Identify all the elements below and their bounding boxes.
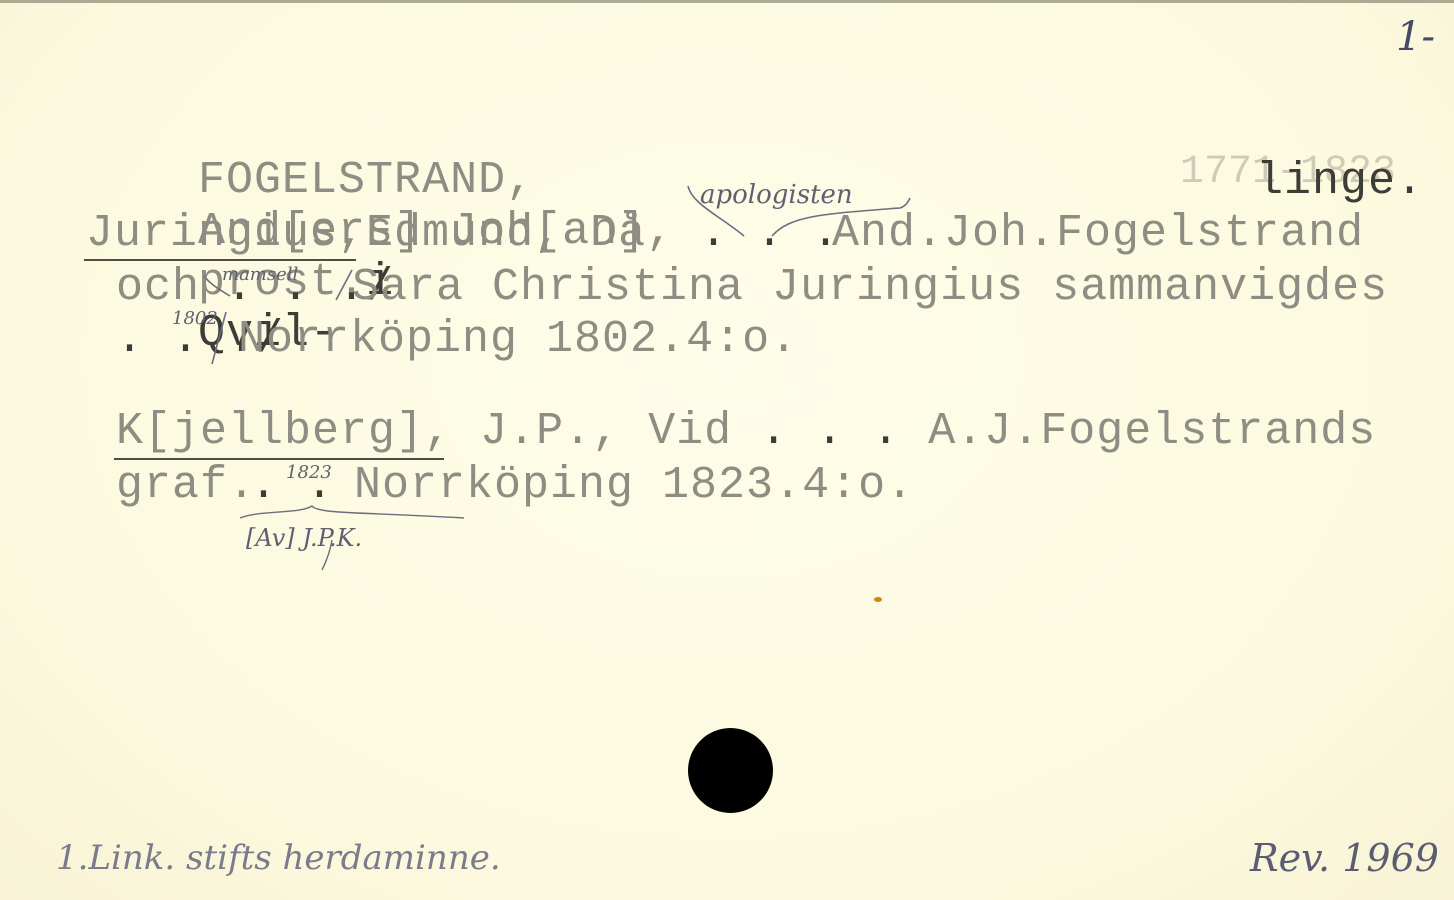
footer-note-source: 1.Link. stifts herdaminne. <box>56 838 501 878</box>
footer-revision-note: Rev. 1969 <box>1250 836 1439 880</box>
catalog-card: 1- FOGELSTRAND, And[ers] Joh[an], prost.… <box>0 0 1454 900</box>
ink-speck <box>874 597 882 602</box>
punch-hole <box>688 728 773 813</box>
